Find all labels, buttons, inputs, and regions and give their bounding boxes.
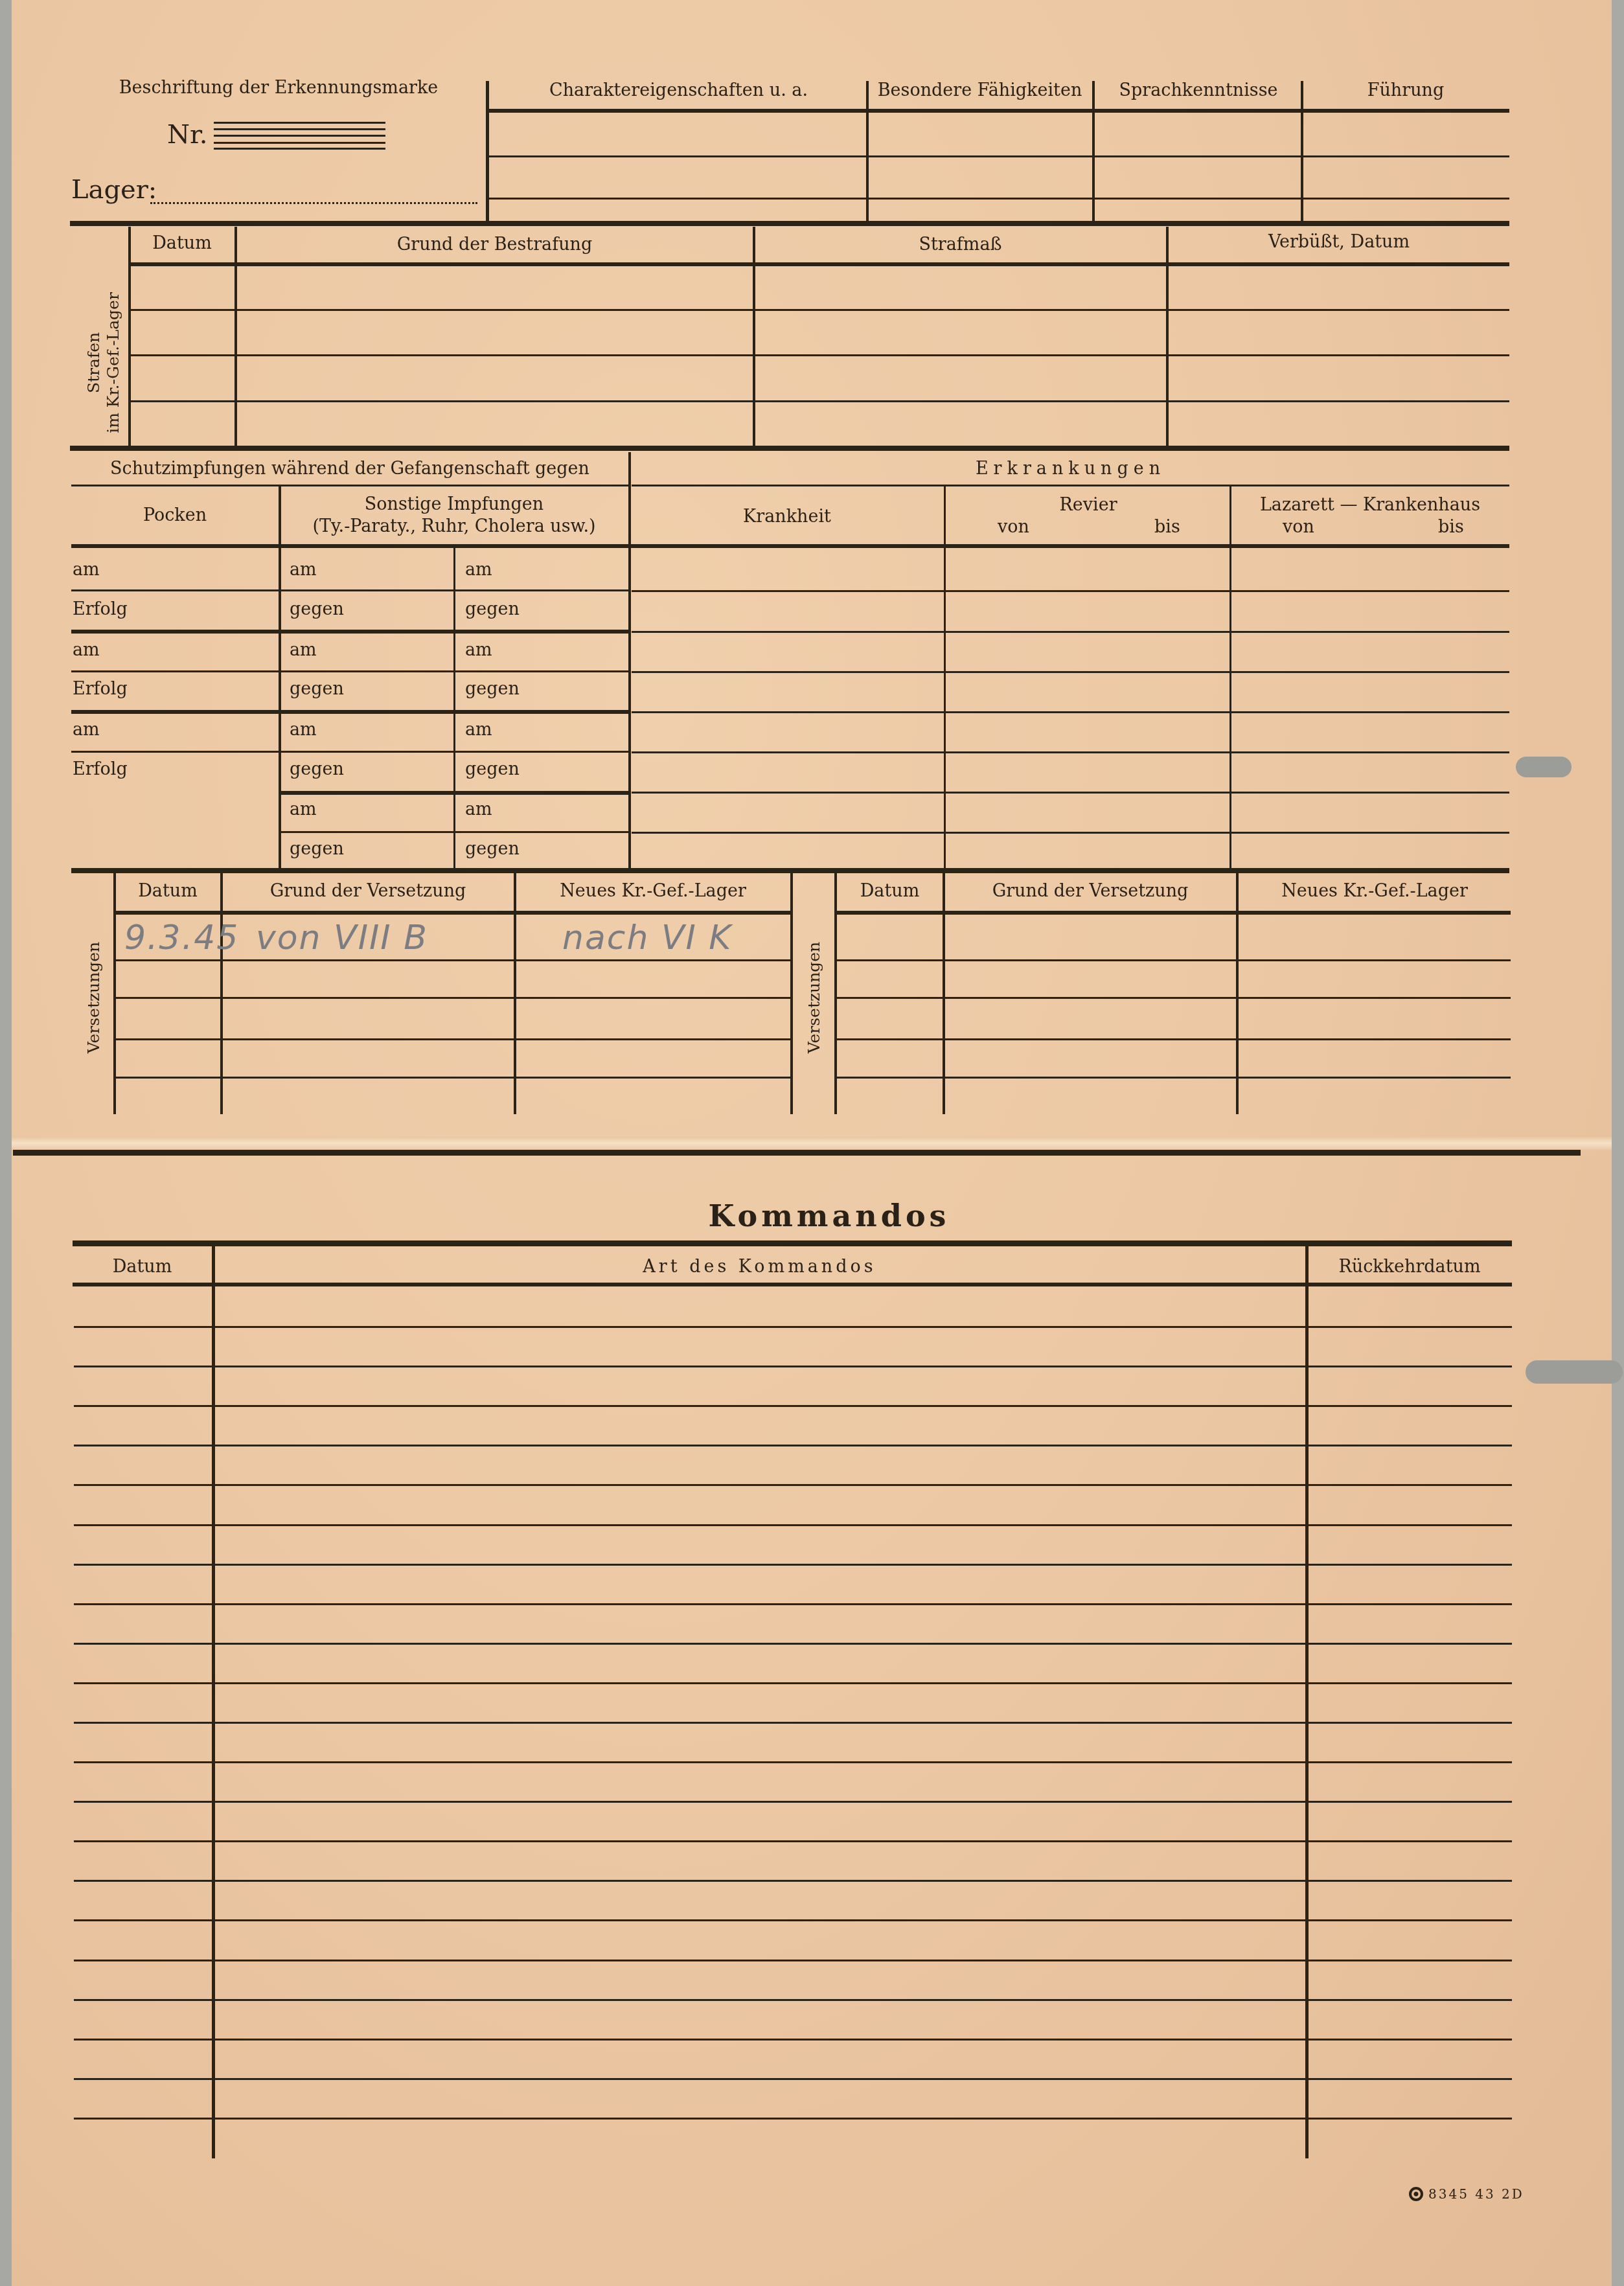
col-header-art-kommando: Art des Kommandos <box>214 1257 1305 1277</box>
versetzungen-right-row[interactable] <box>838 1041 1511 1075</box>
section-rule <box>71 868 1509 873</box>
kommandos-row[interactable] <box>74 2040 1512 2077</box>
versetzungen-left-row[interactable] <box>117 1041 790 1075</box>
col-header-charakter: Charaktereigenschaften u. a. <box>489 80 868 100</box>
col-header-sonstige: Sonstige Impfungen (Ty.-Paraty., Ruhr, C… <box>280 494 628 538</box>
versetzungen-right-side-label: Versetzungen <box>805 939 824 1056</box>
handwritten-lager[interactable]: nach VI K <box>562 919 732 957</box>
impfungen-title: Schutzimpfungen während der Gefangenscha… <box>71 459 628 479</box>
kommandos-row[interactable] <box>74 1961 1512 1998</box>
kommandos-row[interactable] <box>74 1605 1512 1641</box>
attr-cell-fuehrung[interactable] <box>1304 113 1509 220</box>
impfungen-entry-area[interactable] <box>73 549 627 867</box>
handwritten-grund[interactable]: von VIII B <box>256 919 428 957</box>
kommandos-row[interactable] <box>74 1881 1512 1918</box>
versetzungen-right-row[interactable] <box>838 1079 1511 1113</box>
lager-label: Lager: <box>71 175 157 205</box>
kommandos-row[interactable] <box>74 2119 1512 2156</box>
col-header-strafmass: Strafmaß <box>755 234 1166 255</box>
kommandos-row[interactable] <box>74 1723 1512 1760</box>
nr-field[interactable] <box>214 122 385 151</box>
strafen-row[interactable] <box>131 312 1509 353</box>
col-header-datum: Datum <box>73 1257 212 1277</box>
kommandos-row[interactable] <box>74 2079 1512 2116</box>
versetzungen-right-row[interactable] <box>838 916 1511 958</box>
attr-cell-charakter[interactable] <box>491 113 865 220</box>
fold-rule <box>13 1150 1581 1156</box>
versetzungen-right-row[interactable] <box>838 962 1511 996</box>
col-header-faehigkeiten: Besondere Fähigkeiten <box>868 80 1092 100</box>
col-header-neues-lager: Neues Kr.-Gef.-Lager <box>1239 881 1511 901</box>
kommandos-row[interactable] <box>74 1446 1512 1483</box>
kommandos-title: Kommandos <box>648 1198 1011 1233</box>
printer-seal-icon <box>1409 2187 1423 2201</box>
section-rule <box>70 446 1509 451</box>
col-header-grund-versetzung: Grund der Versetzung <box>944 881 1236 901</box>
versetzungen-right-row[interactable] <box>838 1000 1511 1037</box>
revier-bis: bis <box>1154 517 1180 537</box>
col-header-verbuesst: Verbüßt, Datum <box>1169 232 1509 252</box>
col-header-fuehrung: Führung <box>1302 80 1509 100</box>
col-header-grund-bestrafung: Grund der Bestrafung <box>236 234 753 255</box>
col-header-pocken: Pocken <box>71 505 279 525</box>
strafen-row[interactable] <box>131 403 1509 444</box>
kommandos-row[interactable] <box>74 1406 1512 1443</box>
col-header-grund-versetzung: Grund der Versetzung <box>222 881 514 901</box>
col-header-lazarett: Lazarett — Krankenhaus <box>1231 495 1509 515</box>
punch-hole-top <box>1516 757 1572 777</box>
identity-divider <box>486 81 489 223</box>
print-code: 8345 43 2D <box>1409 2186 1524 2202</box>
punch-hole-bottom <box>1526 1360 1623 1384</box>
lager-field[interactable] <box>150 201 477 204</box>
kommandos-row[interactable] <box>74 1684 1512 1720</box>
col-header-sprachkenntnisse: Sprachkenntnisse <box>1095 80 1302 100</box>
col-header-rueckkehrdatum: Rückkehrdatum <box>1307 1257 1512 1277</box>
col-header-datum: Datum <box>130 233 234 253</box>
kommandos-row[interactable] <box>74 1327 1512 1364</box>
col-header-datum: Datum <box>115 881 220 901</box>
kommandos-row[interactable] <box>74 1485 1512 1522</box>
col-header-datum: Datum <box>837 881 943 901</box>
strafen-row[interactable] <box>131 267 1509 308</box>
versetzungen-left-side-label: Versetzungen <box>84 939 104 1056</box>
strafen-side-label: Strafen im Kr.-Gef.-Lager <box>84 285 130 440</box>
lazarett-bis: bis <box>1438 517 1464 537</box>
kommandos-row[interactable] <box>74 1644 1512 1681</box>
kommandos-row[interactable] <box>74 1565 1512 1602</box>
kommandos-row[interactable] <box>74 2000 1512 2037</box>
revier-von: von <box>998 517 1029 537</box>
kommandos-row[interactable] <box>74 1367 1512 1404</box>
versetzungen-left-row[interactable] <box>117 1000 790 1037</box>
kommandos-row[interactable] <box>74 1921 1512 1958</box>
strafen-row[interactable] <box>131 357 1509 398</box>
erkrankungen-entry-area[interactable] <box>632 549 1509 867</box>
scan-edge-right <box>1612 0 1624 2286</box>
fold-crease <box>12 1137 1612 1151</box>
identity-header: Beschriftung der Erkennungsmarke <box>97 78 460 98</box>
kommandos-row[interactable] <box>74 1763 1512 1800</box>
lazarett-von: von <box>1283 517 1314 537</box>
attr-cell-faehigkeiten[interactable] <box>869 113 1091 220</box>
nr-label: Nr. <box>167 120 207 150</box>
kommandos-row[interactable] <box>74 1288 1512 1325</box>
section-rule <box>70 221 1509 226</box>
versetzungen-left-row[interactable] <box>117 962 790 996</box>
attr-cell-sprachkenntnisse[interactable] <box>1095 113 1299 220</box>
kommandos-row[interactable] <box>74 1526 1512 1562</box>
scan-edge-left <box>0 0 12 2286</box>
handwritten-datum[interactable]: 9.3.45 <box>124 919 239 957</box>
col-header-revier: Revier <box>946 495 1231 515</box>
col-header-krankheit: Krankheit <box>632 507 943 527</box>
kommandos-row[interactable] <box>74 1842 1512 1879</box>
kommandos-row[interactable] <box>74 1802 1512 1839</box>
col-header-neues-lager: Neues Kr.-Gef.-Lager <box>516 881 790 901</box>
versetzungen-left-row[interactable] <box>117 1079 790 1113</box>
erkrankungen-title: Erkrankungen <box>632 459 1509 479</box>
